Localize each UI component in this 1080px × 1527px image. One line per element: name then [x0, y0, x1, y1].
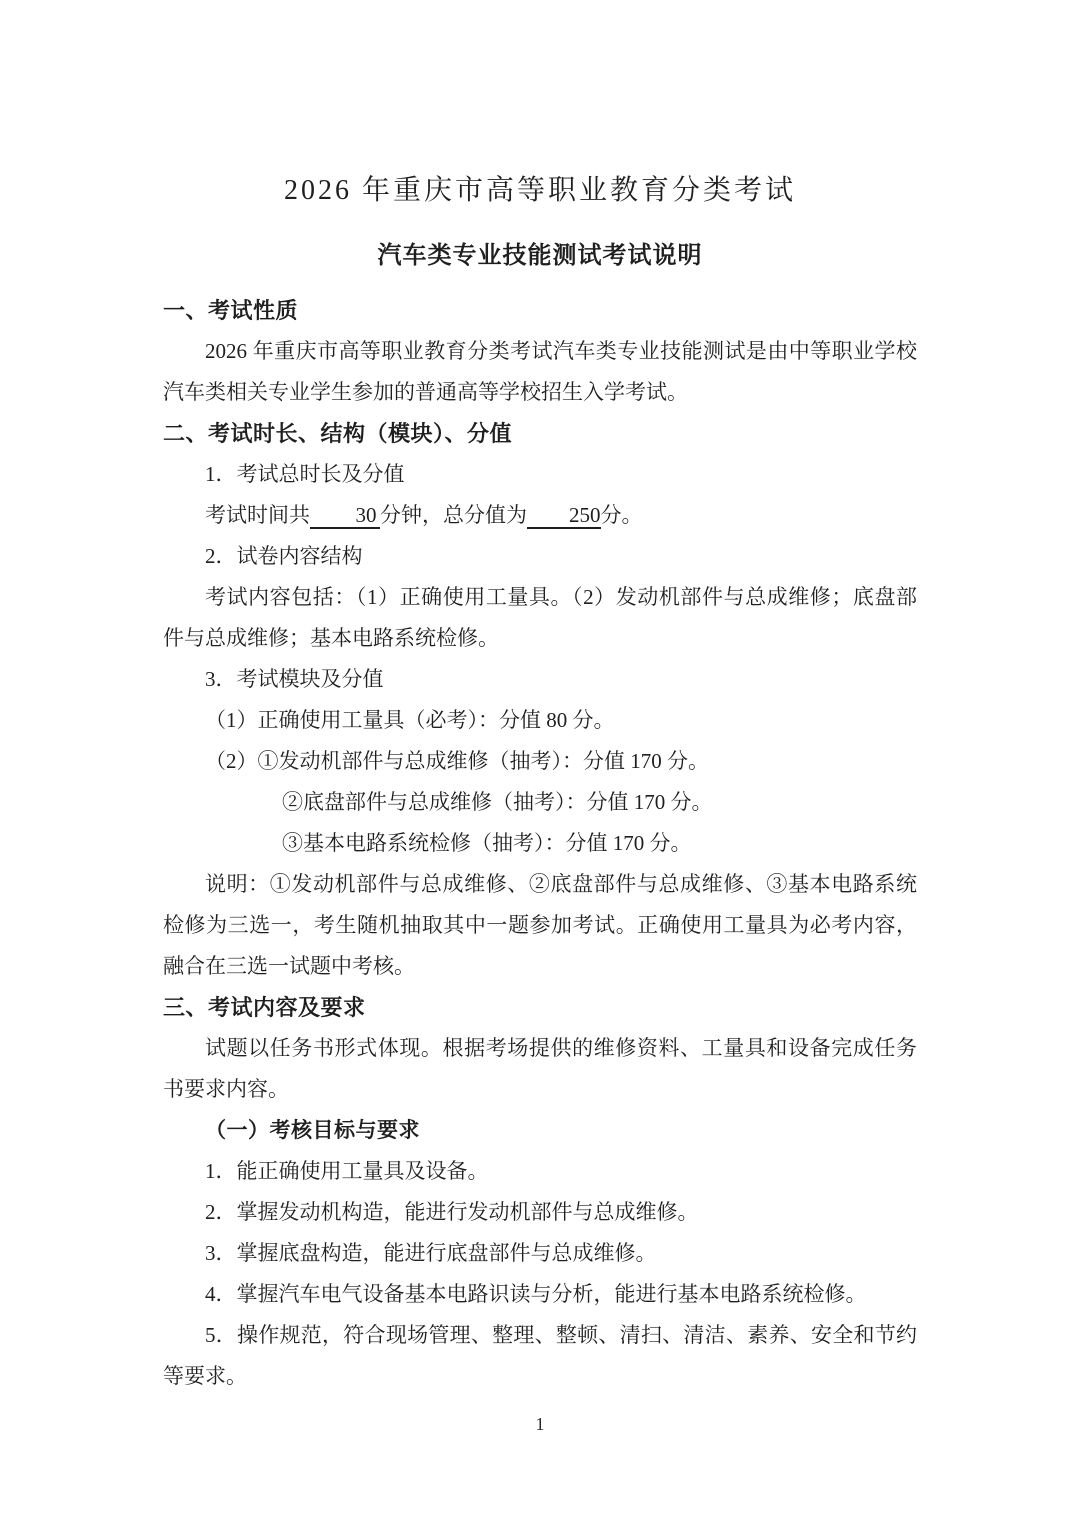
section3-heading: 三、考试内容及要求	[163, 987, 917, 1028]
document-body: 一、考试性质 2026 年重庆市高等职业教育分类考试汽车类专业技能测试是由中等职…	[163, 290, 917, 1397]
document-page: 2026 年重庆市高等职业教育分类考试 汽车类专业技能测试考试说明 一、考试性质…	[0, 0, 1080, 1527]
section2-item3-title: 3．考试模块及分值	[163, 659, 917, 700]
goal-item-3: 3．掌握底盘构造，能进行底盘部件与总成维修。	[163, 1233, 917, 1274]
section2-item2-title: 2．试卷内容结构	[163, 536, 917, 577]
duration-suffix-text: 分。	[601, 503, 643, 527]
section2-note-paragraph: 说明：①发动机部件与总成维修、②底盘部件与总成维修、③基本电路系统检修为三选一，…	[163, 864, 917, 987]
section2-duration-line: 考试时间共30分钟，总分值为250分。	[163, 495, 917, 536]
goal-item-4: 4．掌握汽车电气设备基本电路识读与分析，能进行基本电路系统检修。	[163, 1274, 917, 1315]
section2-heading: 二、考试时长、结构（模块）、分值	[163, 413, 917, 454]
document-title: 2026 年重庆市高等职业教育分类考试	[163, 170, 917, 212]
module-item-4: ③基本电路系统检修（抽考）：分值 170 分。	[163, 823, 917, 864]
duration-middle-text: 分钟，总分值为	[380, 503, 527, 527]
section2-item1-title: 1．考试总时长及分值	[163, 454, 917, 495]
section3-paragraph: 试题以任务书形式体现。根据考场提供的维修资料、工量具和设备完成任务书要求内容。	[163, 1028, 917, 1110]
goal-item-1: 1．能正确使用工量具及设备。	[163, 1151, 917, 1192]
total-score-blank: 250	[527, 503, 601, 529]
page-number: 1	[0, 1413, 1080, 1435]
goal-item-2: 2．掌握发动机构造，能进行发动机部件与总成维修。	[163, 1192, 917, 1233]
duration-prefix-text: 考试时间共	[205, 503, 310, 527]
module-item-3: ②底盘部件与总成维修（抽考）：分值 170 分。	[163, 782, 917, 823]
section3-sub1-heading: （一）考核目标与要求	[163, 1110, 917, 1151]
section2-content-paragraph: 考试内容包括：（1）正确使用工量具。（2）发动机部件与总成维修；底盘部件与总成维…	[163, 577, 917, 659]
module-item-2: （2）①发动机部件与总成维修（抽考）：分值 170 分。	[163, 741, 917, 782]
module-item-1: （1）正确使用工量具（必考）：分值 80 分。	[163, 700, 917, 741]
section1-paragraph: 2026 年重庆市高等职业教育分类考试汽车类专业技能测试是由中等职业学校汽车类相…	[163, 331, 917, 413]
document-content: 2026 年重庆市高等职业教育分类考试 汽车类专业技能测试考试说明 一、考试性质…	[163, 0, 917, 1397]
goal-item-5: 5．操作规范，符合现场管理、整理、整顿、清扫、清洁、素养、安全和节约等要求。	[163, 1315, 917, 1397]
document-subtitle: 汽车类专业技能测试考试说明	[163, 236, 917, 276]
section1-heading: 一、考试性质	[163, 290, 917, 331]
duration-minutes-blank: 30	[310, 503, 380, 529]
